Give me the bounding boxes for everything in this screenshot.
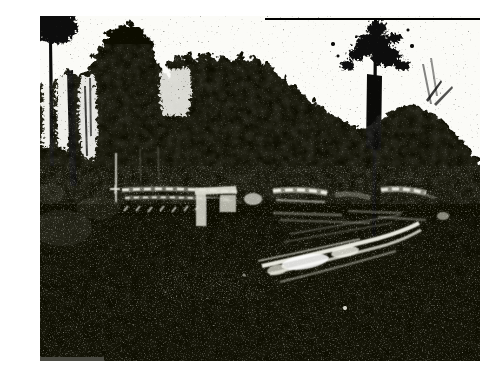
- window-mottle: [157, 65, 190, 115]
- photo-canvas: [40, 16, 480, 361]
- halftone-noise: [40, 16, 480, 361]
- foreground-speckles: [40, 166, 480, 361]
- sky-dark-speckles: [40, 16, 480, 188]
- border-top-line: [265, 18, 480, 20]
- photograph: [40, 16, 480, 361]
- corner-gray-strip: [40, 357, 104, 361]
- gap-mottle: [76, 72, 96, 158]
- dense-speckle-band: [155, 272, 265, 300]
